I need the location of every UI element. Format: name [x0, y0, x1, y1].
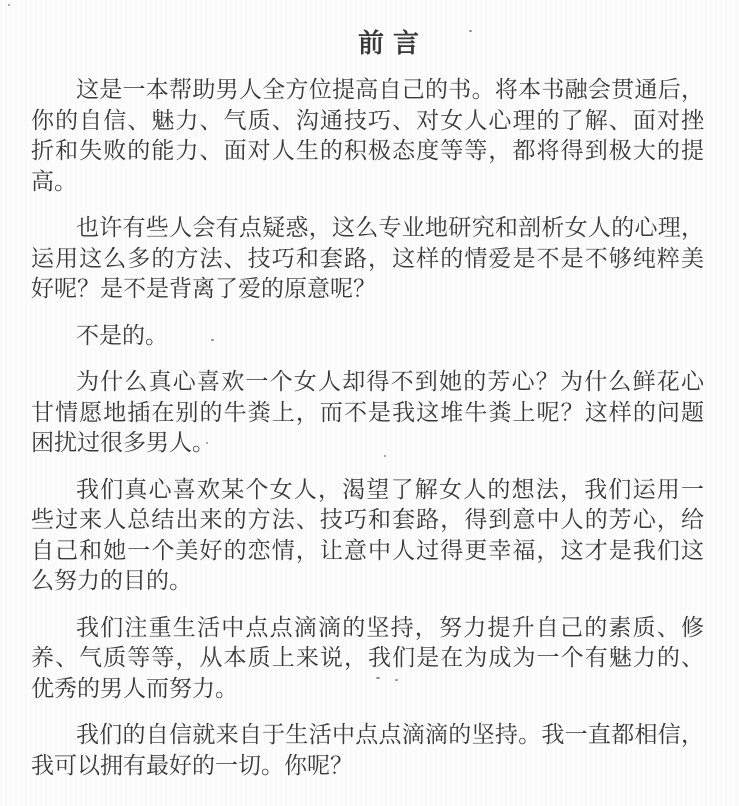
text-line: 我们真心喜欢某个女人，渴望了解女人的想法，我们运用一 [31, 475, 704, 506]
paragraph-7: 我们的自信就来自于生活中点点滴滴的坚持。我一直都相信， 我可以拥有最好的一切。你… [31, 720, 704, 781]
text-line: 好呢？是不是背离了爱的原意呢？ [31, 274, 704, 305]
paragraph-1: 这是一本帮助男人全方位提高自己的书。将本书融会贯通后， 你的自信、魅力、气质、沟… [31, 75, 704, 197]
text-line: 我可以拥有最好的一切。你呢？ [31, 751, 704, 782]
page-body: 这是一本帮助男人全方位提高自己的书。将本书融会贯通后， 你的自信、魅力、气质、沟… [0, 0, 739, 781]
paragraph-5: 我们真心喜欢某个女人，渴望了解女人的想法，我们运用一 些过来人总结出来的方法、技… [31, 475, 704, 597]
text-line: 为什么真心喜欢一个女人却得不到她的芳心？为什么鲜花心 [31, 367, 704, 398]
text-line: 甘情愿地插在别的牛粪上，而不是我这堆牛粪上呢？这样的问题 [31, 398, 704, 429]
page-title: 前言 [358, 30, 428, 58]
text-line: 这是一本帮助男人全方位提高自己的书。将本书融会贯通后， [31, 75, 704, 106]
scan-speck [376, 677, 380, 679]
text-line: 高。 [31, 167, 704, 198]
scan-speck [384, 455, 386, 457]
text-line: 运用这么多的方法、技巧和套路，这样的情爱是不是不够纯粹美 [31, 244, 704, 275]
text-line: 不是的。 [31, 321, 704, 352]
paragraph-2: 也许有些人会有点疑惑，这么专业地研究和剖析女人的心理， 运用这么多的方法、技巧和… [31, 213, 704, 305]
text-line: 折和失败的能力、面对人生的积极态度等等，都将得到极大的提 [31, 136, 704, 167]
text-line: 我们注重生活中点点滴滴的坚持，努力提升自己的素质、修 [31, 613, 704, 644]
text-line: 困扰过很多男人。 [31, 428, 704, 459]
text-line: 我们的自信就来自于生活中点点滴滴的坚持。我一直都相信， [31, 720, 704, 751]
scan-speck [211, 339, 214, 341]
paragraph-3: 不是的。 [31, 321, 704, 352]
paragraph-4: 为什么真心喜欢一个女人却得不到她的芳心？为什么鲜花心 甘情愿地插在别的牛粪上，而… [31, 367, 704, 459]
paragraph-6: 我们注重生活中点点滴滴的坚持，努力提升自己的素质、修 养、气质等等，从本质上来说… [31, 613, 704, 705]
text-line: 也许有些人会有点疑惑，这么专业地研究和剖析女人的心理， [31, 213, 704, 244]
text-line: 些过来人总结出来的方法、技巧和套路，得到意中人的芳心，给 [31, 505, 704, 536]
scan-speck [206, 442, 208, 444]
text-line: 优秀的男人而努力。 [31, 674, 704, 705]
text-line: 养、气质等等，从本质上来说，我们是在为成为一个有魅力的、 [31, 643, 704, 674]
scanned-book-page: 前言 这是一本帮助男人全方位提高自己的书。将本书融会贯通后， 你的自信、魅力、气… [0, 0, 739, 806]
text-line: 么努力的目的。 [31, 566, 704, 597]
text-line: 自己和她一个美好的恋情，让意中人过得更幸福，这才是我们这 [31, 536, 704, 567]
text-line: 你的自信、魅力、气质、沟通技巧、对女人心理的了解、面对挫 [31, 106, 704, 137]
scan-speck [469, 30, 472, 32]
scan-speck [395, 679, 398, 681]
scan-speck [8, 4, 10, 6]
